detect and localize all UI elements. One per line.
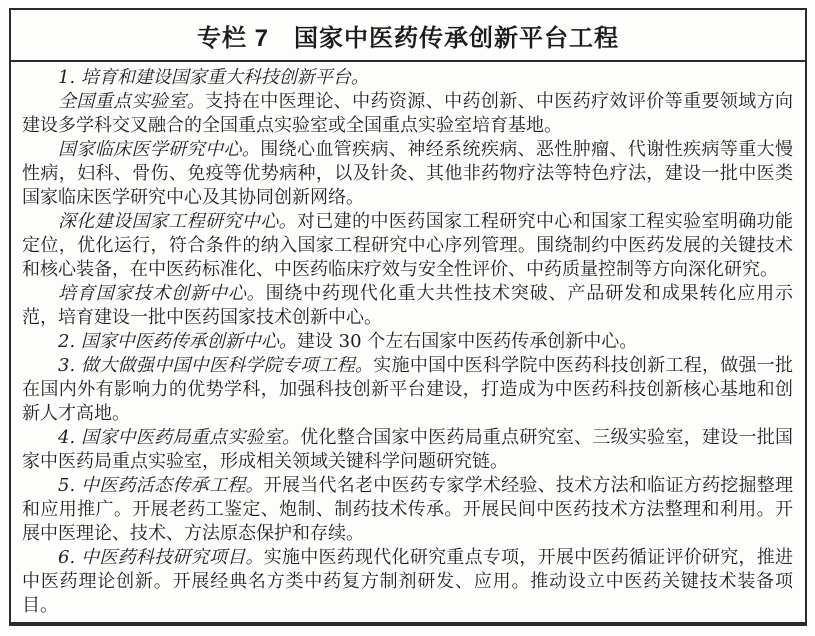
- paragraph-body: 建设 30 个左右国家中医药传承创新中心。: [297, 331, 637, 352]
- paragraph-lead: 深化建设国家工程研究中心。: [58, 211, 297, 232]
- paragraph-lead: 3. 做大做强中国中医科学院专项工程。: [58, 355, 373, 376]
- paragraph: 3. 做大做强中国中医科学院专项工程。实施中国中医科学院中医药科技创新工程，做强…: [22, 354, 793, 426]
- paragraph-lead: 5. 中医药活态传承工程。: [58, 475, 264, 496]
- panel-title: 专栏 7 国家中医药传承创新平台工程: [197, 18, 619, 53]
- panel-title-bar: 专栏 7 国家中医药传承创新平台工程: [11, 10, 805, 62]
- paragraph-lead: 6. 中医药科技研究项目。: [58, 547, 264, 568]
- paragraph-lead: 国家临床医学研究中心。: [58, 139, 260, 160]
- paragraph: 国家临床医学研究中心。围绕心血管疾病、神经系统疾病、恶性肿瘤、代谢性疾病等重大慢…: [22, 138, 793, 210]
- paragraph-lead: 2. 国家中医药传承创新中心。: [58, 331, 297, 352]
- paragraph: 5. 中医药活态传承工程。开展当代名老中医药专家学术经验、技术方法和临证方药挖掘…: [22, 474, 793, 546]
- paragraph: 全国重点实验室。支持在中医理论、中药资源、中药创新、中医药疗效评价等重要领域方向…: [22, 90, 793, 138]
- paragraph-lead: 1. 培育和建设国家重大科技创新平台。: [58, 67, 369, 88]
- paragraph: 6. 中医药科技研究项目。实施中医药现代化研究重点专项，开展中医药循证评价研究，…: [22, 546, 793, 618]
- paragraph: 1. 培育和建设国家重大科技创新平台。: [22, 66, 793, 90]
- paragraph: 深化建设国家工程研究中心。对已建的中医药国家工程研究中心和国家工程实验室明确功能…: [22, 210, 793, 282]
- paragraph-lead: 全国重点实验室。: [58, 91, 205, 112]
- paragraph: 培育国家技术创新中心。围绕中药现代化重大共性技术突破、产品研发和成果转化应用示范…: [22, 282, 793, 330]
- document-page: 专栏 7 国家中医药传承创新平台工程 1. 培育和建设国家重大科技创新平台。全国…: [0, 0, 815, 636]
- column-7-panel: 专栏 7 国家中医药传承创新平台工程 1. 培育和建设国家重大科技创新平台。全国…: [9, 8, 807, 626]
- paragraph: 2. 国家中医药传承创新中心。建设 30 个左右国家中医药传承创新中心。: [22, 330, 793, 354]
- paragraph: 4. 国家中医药局重点实验室。优化整合国家中医药局重点研究室、三级实验室，建设一…: [22, 426, 793, 474]
- paragraph-lead: 培育国家技术创新中心。: [58, 283, 266, 304]
- paragraph-lead: 4. 国家中医药局重点实验室。: [58, 427, 300, 448]
- panel-body: 1. 培育和建设国家重大科技创新平台。全国重点实验室。支持在中医理论、中药资源、…: [11, 62, 805, 622]
